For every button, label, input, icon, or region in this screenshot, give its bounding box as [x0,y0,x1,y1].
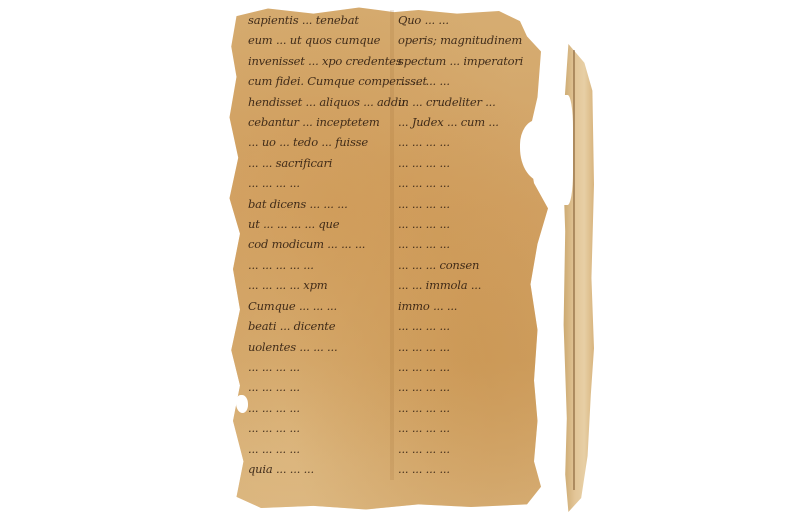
manuscript-column-right: Quo ... ... operis; magnitudinem spectum… [398,10,578,479]
text-line: ... ... ... ... [398,398,578,418]
text-line: ... Judex ... cum ... [398,112,578,132]
text-line: ... ... ... ... [398,316,578,336]
text-line: in ... crudeliter ... [398,92,578,112]
text-line: ... ... ... ... [398,132,578,152]
text-line: ... ... ... ... [398,234,578,254]
text-line: Quo ... ... [398,10,578,30]
text-line: ... ... ... ... [398,194,578,214]
text-line: ... ... ... ... [398,173,578,193]
parchment-hole-left [236,395,248,413]
text-line: ... ... ... ... [398,153,578,173]
text-line: ... ... ... ... [398,439,578,459]
text-line: ... ... ... ... [398,418,578,438]
text-line: ... ... ... ... [398,459,578,479]
text-line: ... ... ... consen [398,255,578,275]
text-line: ... ... ... ... [398,337,578,357]
text-line: ... ... immola ... [398,275,578,295]
text-line: immo ... ... [398,296,578,316]
text-line: operis; magnitudinem [398,30,578,50]
text-line: ... ... ... ... [398,377,578,397]
text-line: ... ... ... ... [398,357,578,377]
photo-background: sapientis ... tenebat eum ... ut quos cu… [0,0,800,528]
text-line: ... ... ... ... [398,214,578,234]
text-line: spectum ... imperatori [398,51,578,71]
text-line: ... ... ... ... [398,71,578,91]
